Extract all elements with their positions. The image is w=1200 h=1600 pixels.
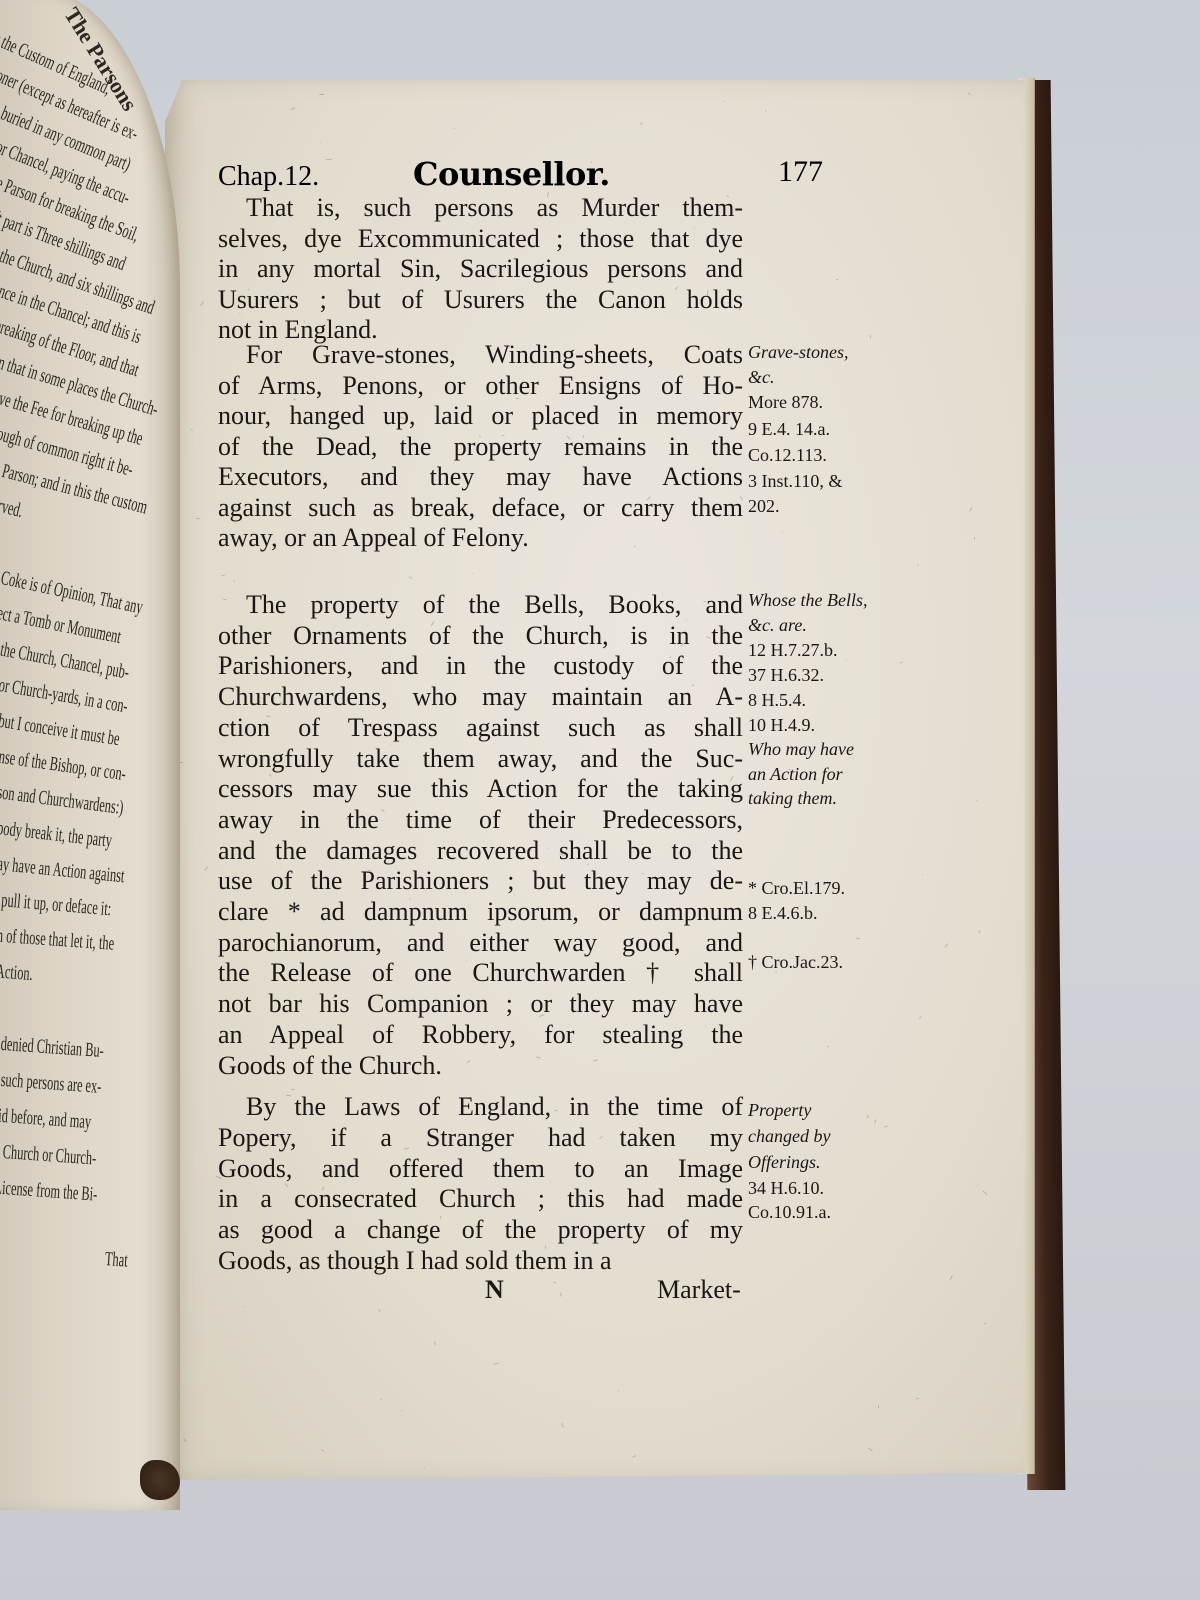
left-page-line: he Church or Church- [0,1136,97,1174]
text-line: Goods, and offered them to an Image [218,1154,743,1184]
left-page-line: said before, and may [0,1100,92,1138]
paper-speck [591,161,592,163]
text-line: nour, hanged up, laid or placed in memor… [218,401,743,431]
margin-note: 37 H.6.32. [748,663,824,688]
paper-speck [274,542,275,544]
text-line: Popery, if a Stranger had taken my [218,1123,743,1153]
text-line: and the damages recovered shall be to th… [218,836,743,866]
left-page-line: re denied Christian Bu- [0,1028,105,1067]
text-line: Goods, as though I had sold them in a [218,1246,743,1276]
left-page-line: l License from the Bi- [0,1172,98,1211]
margin-note: taking them. [748,786,837,811]
running-head: Chap.12. Counsellor. 177 [218,155,858,195]
text-line: of Arms, Penons, or other Ensigns of Ho- [218,371,743,401]
text-line: cessors may sue this Action for the taki… [218,774,743,804]
paper-speck [836,279,838,280]
margin-note: 202. [748,494,780,519]
paper-speck [666,699,667,700]
text-line: Goods of the Church. [218,1051,743,1081]
text-line: in any mortal Sin, Sacrilegious persons … [218,254,743,284]
text-line: selves, dye Excommunicated ; those that … [218,224,743,254]
photo-scene: by the Custom of England,hioner (except … [0,0,1200,1600]
text-line: the Release of one Churchwarden † shall [218,958,743,988]
paper-speck [516,398,519,399]
margin-note: an Action for [748,762,843,787]
text-line: an Appeal of Robbery, for stealing the [218,1020,743,1050]
left-page-line: ath of those that let it, the [0,920,115,960]
text-line: Parishioners, and in the custody of the [218,651,743,681]
margin-note: Grave-stones, [748,340,848,365]
margin-note: &c. are. [748,613,807,638]
paper-speck [502,434,505,436]
text-line: That is, such persons as Murder them- [218,193,743,223]
margin-note: 34 H.6.10. [748,1176,824,1201]
text-line: Executors, and they may have Actions [218,462,743,492]
paper-speck [335,509,336,510]
text-line: Churchwardens, who may maintain an A- [218,682,743,712]
left-page-line: or pull it up, or deface it: [0,884,112,925]
margin-note: Co.10.91.a. [748,1200,831,1225]
text-line: use of the Parishioners ; but they may d… [218,866,743,896]
running-title: Counsellor. [413,155,610,193]
paper-speck [548,789,550,790]
text-line: For Grave-stones, Winding-sheets, Coats [218,340,743,370]
text-line: parochianorum, and either way good, and [218,928,743,958]
binding-fragment [140,1460,180,1500]
text-line: against such as break, deface, or carry … [218,493,743,523]
text-line: not bar his Companion ; or they may have [218,989,743,1019]
text-line: The property of the Bells, Books, and [218,590,743,620]
margin-note: More 878. [748,390,823,415]
margin-note: Whose the Bells, [748,588,867,613]
paper-speck [196,517,200,519]
text-line: other Ornaments of the Church, is in the [218,621,743,651]
margin-note: Offerings. [748,1150,821,1175]
margin-note: Co.12.113. [748,443,827,468]
text-line: as good a change of the property of my [218,1215,743,1245]
text-line: wrongfully take them away, and the Suc- [218,744,743,774]
margin-note: changed by [748,1124,830,1149]
chapter-label: Chap.12. [218,161,319,193]
text-line: Usurers ; but of Usurers the Canon holds [218,285,743,315]
paper-speck [867,1114,868,1118]
margin-note: 8 E.4.6.b. [748,901,818,926]
margin-note: &c. [748,365,775,390]
text-line: away, or an Appeal of Felony. [218,523,743,553]
paper-speck [782,531,783,532]
page-number: 177 [778,155,823,189]
paper-speck [248,288,250,290]
text-line: By the Laws of England, in the time of [218,1092,743,1122]
paper-speck [319,94,324,95]
margin-note: 3 Inst.110, & [748,469,842,494]
margin-note: 8 H.5.4. [748,688,806,713]
text-line: in a consecrated Church ; this had made [218,1184,743,1214]
paper-speck [510,482,511,483]
left-page-line: That [104,1244,129,1277]
left-page-line: served. [0,488,26,526]
margin-note: 9 E.4. 14.a. [748,417,830,442]
paper-speck [555,1109,558,1111]
margin-note: Who may have [748,737,854,762]
margin-note: Property [748,1098,811,1123]
paper-speck [560,1292,561,1296]
left-page-line: e Action. [0,956,34,990]
paper-speck [739,307,740,311]
margin-note: 12 H.7.27.b. [748,638,838,663]
text-line: clare * ad dampnum ipsorum, or dampnum [218,897,743,927]
paper-speck [642,872,643,874]
text-line: away in the time of their Predecessors, [218,805,743,835]
margin-note: * Cro.El.179. [748,876,845,901]
margin-note: † Cro.Jac.23. [748,950,843,975]
margin-note: 10 H.4.9. [748,713,815,738]
paper-speck [856,937,860,939]
left-page-text: by the Custom of England,hioner (except … [0,0,185,1400]
text-line: ction of Trespass against such as shall [218,713,743,743]
left-page-line: re such persons are ex- [0,1064,102,1103]
signature-mark: N [485,1275,504,1305]
